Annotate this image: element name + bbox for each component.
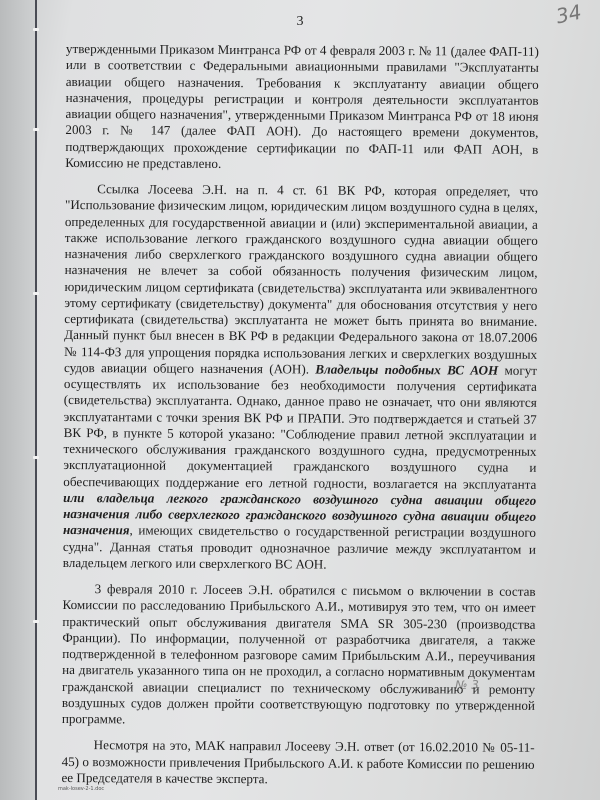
text-segment: могут осуществлять их использование без … — [63, 362, 537, 491]
footer-filename: mak-losev-2-1.doc — [58, 786, 104, 792]
text-segment: Несмотря на это, МАК направил Лосееву Э.… — [61, 737, 534, 786]
binding-thread — [35, 0, 37, 800]
page-left-margin-shadow — [0, 0, 36, 800]
text-segment: , имеющих свидетельство о государственно… — [63, 523, 536, 572]
text-segment: Ссылка Лосеева Э.Н. на п. 4 ст. 61 ВК РФ… — [64, 181, 538, 376]
text-segment: утвержденными Приказом Минтранса РФ от 4… — [65, 41, 539, 171]
paragraph-mak-response: Несмотря на это, МАК направил Лосееву Э.… — [61, 737, 534, 789]
document-body: утвержденными Приказом Минтранса РФ от 4… — [61, 41, 539, 789]
binding-stitch — [33, 292, 39, 295]
text-segment: 3 февраля 2010 г. Лосеев Э.Н. обратился … — [62, 581, 536, 726]
paragraph-commission-request: 3 февраля 2010 г. Лосеев Э.Н. обратился … — [62, 581, 536, 730]
paragraph-certification: утвержденными Приказом Минтранса РФ от 4… — [65, 41, 539, 174]
binding-stitch — [33, 128, 39, 131]
page-number: 3 — [0, 14, 600, 30]
emphasis-owners: Владельцы подобных ВС АОН — [315, 361, 498, 377]
paragraph-losev-reference: Ссылка Лосеева Э.Н. на п. 4 ст. 61 ВК РФ… — [63, 181, 538, 574]
binding-stitch — [33, 456, 39, 459]
binding-stitch — [33, 620, 39, 623]
